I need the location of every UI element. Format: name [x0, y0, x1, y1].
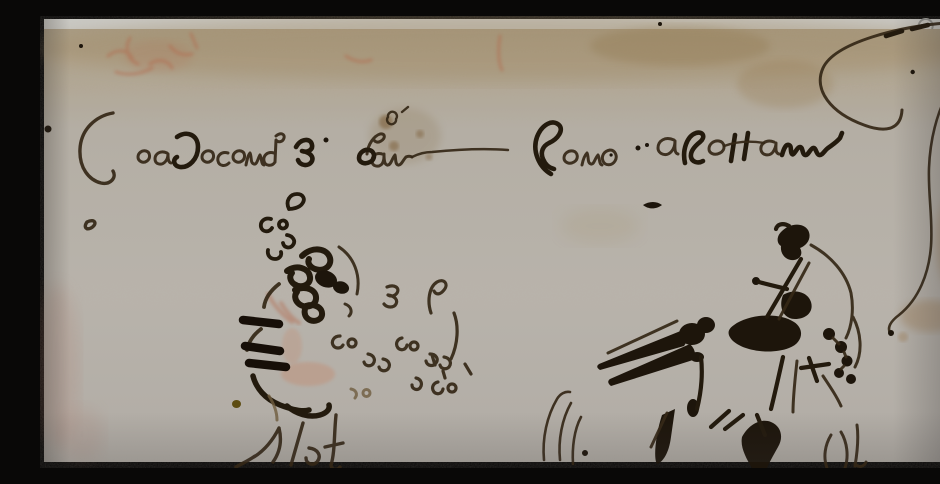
- stain: [426, 154, 433, 161]
- manuscript-photo: [40, 16, 940, 468]
- stain: [590, 26, 770, 66]
- olive-speck: [232, 400, 241, 408]
- stain: [560, 208, 640, 244]
- left-edge-shadow: [44, 19, 70, 462]
- stain: [737, 60, 833, 108]
- right-edge-shadow: [893, 19, 940, 462]
- chalk-patch: [282, 328, 302, 364]
- stain: [389, 141, 399, 151]
- bottom-edge-shadow: [44, 412, 940, 462]
- stain: [379, 115, 393, 129]
- chalk-smudge: [124, 40, 192, 72]
- stain: [416, 130, 424, 138]
- manuscript-canvas: [40, 16, 940, 468]
